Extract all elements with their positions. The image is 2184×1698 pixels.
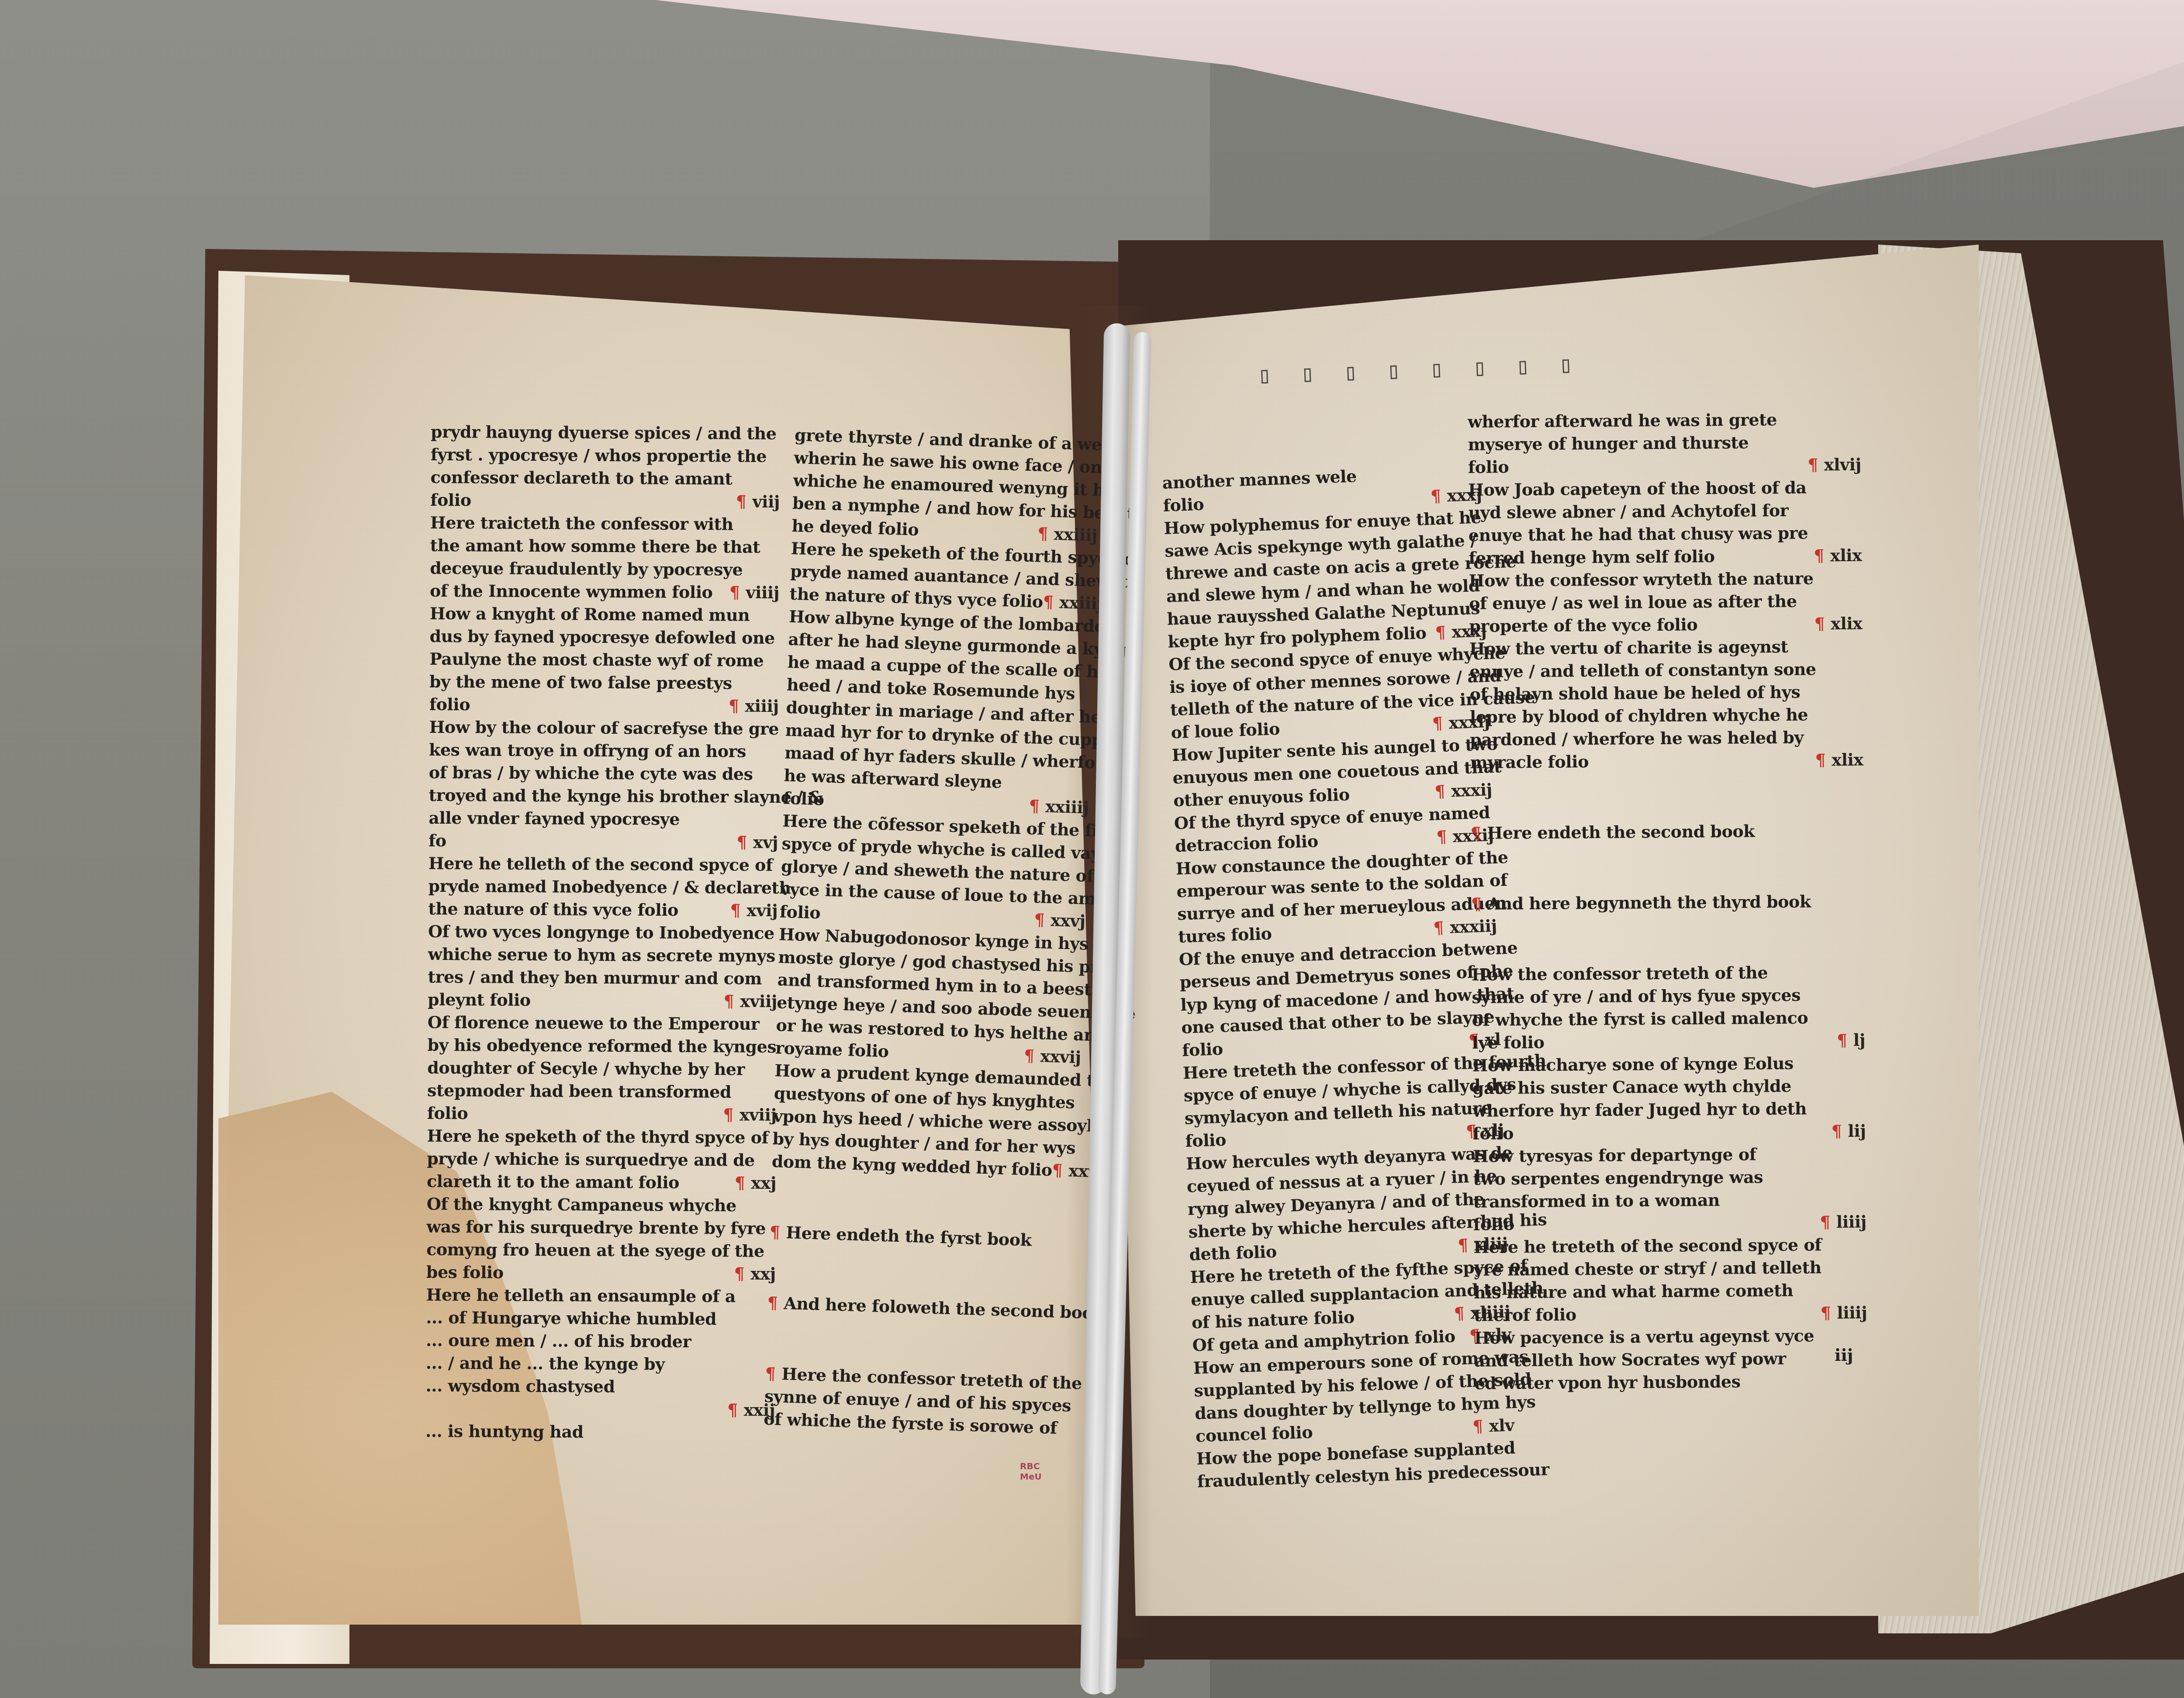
spacer [1471,842,1864,893]
paragraph-mark-icon: ¶ [1820,1212,1830,1232]
toc-entry-line: gate his suster Canace wyth chylde [1472,1074,1866,1100]
paragraph-mark-icon: ¶ [1832,1121,1842,1141]
folio-number: xxiiij [1045,796,1089,817]
book-division-heading: ¶And here begynneth the thyrd book [1471,890,1864,915]
toc-entry: How tyresyas for departynge oftwo serpen… [1473,1142,1866,1236]
folio-label: folio [1468,456,1509,479]
toc-entry-line: two serpentes engendrynge was [1473,1165,1866,1191]
toc-entry-line: uyd slewe abner / and Achytofel for [1468,499,1861,524]
folio-row: folio¶xviij [427,1102,777,1126]
folio-number: xxvj [1051,910,1086,931]
paragraph-mark-icon: ¶ [1436,827,1447,847]
folio-label: clareth it to the amant folio [427,1170,679,1194]
paragraph-mark-icon: ¶ [1433,918,1444,938]
toc-entry-line: lepre by blood of chyldren whyche he [1470,703,1863,728]
toc-entry-line: ... oure men / ... of his broder [426,1329,775,1353]
toc-entry-line: stepmoder had been transformed [427,1079,777,1104]
folio-ref: ¶xxiiij [1037,522,1098,547]
folio-ref: ¶xlv [1472,1414,1514,1438]
paragraph-mark-icon: ¶ [1458,1235,1469,1255]
toc-entry: How pacyence is a vertu ageynst vyceand … [1474,1324,1868,1395]
paragraph-mark-icon: ¶ [767,1293,778,1313]
folio-ref: ¶xlix [1814,544,1862,567]
paragraph-mark-icon: ¶ [734,1264,745,1284]
folio-label: the nature of this vyce folio [428,897,678,921]
toc-entry: Of the knyght Campaneus whychewas for hi… [426,1193,776,1285]
toc-entry: Of the second spyce of enuye whycheis io… [1168,642,1490,744]
toc-entry: ... is huntyng had [425,1420,775,1444]
toc-entry: How an emperours sone of rome wassupplan… [1193,1346,1515,1447]
paragraph-mark-icon: ¶ [730,901,741,920]
toc-entry: wherfor afterward he was in gretemyserye… [1468,408,1861,479]
toc-entry-line: synne of yre / and of hys fyue spyces [1472,984,1865,1009]
folio-ref: ¶xlix [1814,612,1862,635]
page-signature: iij [1835,1345,1853,1365]
toc-entry: How Nabugodonosor kynge in hysmoste glor… [775,923,1085,1069]
folio-ref: ¶xviij [723,990,777,1013]
folio-label: folio [1472,1122,1514,1145]
folio-number: xvj [753,832,778,852]
folio-row: folio¶lij [1472,1120,1866,1145]
folio-ref: ¶liiij [1821,1301,1867,1325]
paragraph-mark-icon: ¶ [729,696,739,716]
library-stamp: RBC MeU [1020,1461,1051,1482]
folio-ref: ¶xiiij [729,695,779,718]
paragraph-mark-icon: ¶ [1029,796,1040,816]
toc-entry-line: How the confessor treteth of the [1472,961,1865,986]
folio-row: ferred henge hym self folio¶xlix [1469,544,1862,569]
paragraph-mark-icon: ¶ [1472,1416,1483,1436]
folio-ref: ¶xxvj [1034,908,1085,933]
toc-entry: How a knyght of Rome named mundus by fay… [429,602,779,718]
folio-label: folio [1473,1213,1514,1236]
toc-entry: Here he treteth of the fyfthe spyce ofen… [1190,1255,1511,1334]
book-division-heading: ¶Here endeth the second book [1471,819,1864,845]
paragraph-mark-icon: ¶ [1430,486,1441,506]
paragraph-mark-icon: ¶ [1023,1046,1034,1066]
toc-entry-line: ed water vpon hyr husbondes [1474,1370,1867,1395]
toc-entry-line: of whyche the fyrst is called malenco [1472,1006,1865,1032]
spacer [765,1314,1072,1372]
toc-entry-line: comyng fro heuen at the syege of the [426,1238,776,1263]
folio-ref: ¶xviij [723,1103,777,1126]
toc-entry-line: fyrst . ypocresye / whos propertie the [431,443,780,468]
folio-ref: ¶viij [736,490,780,514]
folio-row: folio¶liiij [1473,1211,1866,1236]
toc-entry-line: enuye that he had that chusy was pre [1469,521,1862,547]
folio-label: ferred henge hym self folio [1469,545,1714,569]
folio-number: xxiiij [1054,524,1098,545]
paragraph-mark-icon: ¶ [1434,781,1445,801]
folio-number: xviij [740,1105,777,1125]
paragraph-mark-icon: ¶ [1814,614,1825,633]
folio-row: clareth it to the amant folio¶xxj [427,1170,776,1194]
toc-entry-line: confessor declareth to the amant [430,466,780,490]
toc-entry: How polyphemus for enuye that hesawe Aci… [1164,506,1487,653]
folio-row: bes folio¶xxj [426,1261,776,1285]
paragraph-mark-icon: ¶ [1435,622,1446,642]
folio-number: xxvij [1040,1046,1081,1067]
toc-entry-line: pryde named Inobedyence / & declareth [428,875,778,899]
paragraph-mark-icon: ¶ [1471,823,1481,843]
spacer [768,1243,1075,1301]
folio-ref: ¶lij [1832,1120,1866,1143]
folio-label: he deyed folio [791,514,919,541]
folio-number: xvij [746,901,778,920]
toc-entry-line: by the mene of two false preestys [429,670,779,695]
toc-entry-line: troyed and the kynge his brother slayne … [429,784,778,808]
paragraph-mark-icon: ¶ [1837,1030,1847,1050]
folio-ref: ¶xvij [730,899,778,922]
toc-column-3: another mannes welefolio¶xxxjHow polyphe… [1162,461,1516,1493]
toc-entry: How hercules wyth deyanyra was deceyued … [1185,1142,1508,1266]
toc-entry-line: tres / and they ben murmur and com [428,966,777,990]
toc-entry: Here he speketh of the thyrd spyce ofpry… [427,1125,777,1194]
folio-number: liiij [1837,1303,1867,1322]
paragraph-mark-icon: ¶ [735,1173,745,1193]
spacer [1470,771,1864,822]
toc-entry: Here he telleth of the second spyce ofpr… [428,852,778,922]
toc-entry-line: ... of Hungarye whiche humbled [426,1306,775,1331]
paragraph-mark-icon: ¶ [1815,750,1826,770]
toc-entry: Here traicteth the confessor withthe ama… [430,511,780,604]
folio-ref: ¶xxj [735,1172,777,1194]
toc-entry-line: How the vertu of charite is ageynst [1469,635,1863,660]
folio-label: royame folio [775,1036,889,1063]
toc-entry-line: How the confessor wryteth the nature [1469,567,1862,592]
toc-entry-line: Of florence neuewe to the Emperour [428,1011,777,1035]
heading-text: Here endeth the second book [1487,821,1755,842]
toc-entry-line: of bras / by whiche the cyte was des [429,761,778,786]
folio-number: viiij [746,583,779,602]
paragraph-mark-icon: ¶ [1807,455,1818,474]
folio-label: therof folio [1474,1303,1576,1327]
toc-entry-line: Of two vyces longynge to Inobedyence [428,920,778,945]
toc-entry-line: wherfore hyr fader Juged hyr to deth [1472,1097,1866,1122]
toc-entry: Here he telleth an ensaumple of a... of … [425,1284,776,1422]
folio-ref: ¶xlix [1815,749,1863,772]
folio-ref: ¶xvj [736,831,778,854]
folio-number: xxiiij [1059,592,1103,613]
toc-entry: grete thyrste / and dranke of a wellewhe… [791,424,1101,547]
folio-row: the nature of this vyce folio¶xvij [428,897,778,922]
toc-entry-line: his nature and what harme cometh [1474,1279,1867,1304]
folio-ref: ¶xlvij [1807,453,1861,476]
toc-entry-line: Here he treteth of the second spyce of [1473,1233,1866,1259]
paragraph-mark-icon: ¶ [769,1222,780,1242]
paragraph-mark-icon: ¶ [724,991,734,1011]
toc-entry-line: How a knyght of Rome named mun [430,602,779,627]
folio-label: fo [429,829,446,852]
toc-entry-line: whiche serue to hym as secrete mynys [428,943,778,967]
toc-entry-line: the amant how somme there be that [430,534,779,559]
folio-label: folio [429,693,470,716]
toc-entry: How Joab capeteyn of the hoost of dauyd … [1468,476,1862,569]
toc-entry-line: transformed in to a woman [1473,1188,1866,1213]
folio-label: folio [779,900,821,924]
folio-ref: ¶xxvij [1023,1044,1081,1069]
folio-number: liiij [1836,1212,1866,1232]
toc-entry-line: of enuye / as wel in loue as after the [1469,590,1862,615]
folio-label: folio [427,1102,468,1125]
folio-number: viij [752,492,780,511]
paragraph-mark-icon: ¶ [1432,713,1443,733]
paragraph-mark-icon: ¶ [729,583,740,602]
folio-label: of loue folio [1171,718,1280,744]
paragraph-mark-icon: ¶ [765,1363,776,1384]
spacer [1471,913,1865,963]
toc-entry: Here the cõfessor speketh of the fifthes… [779,810,1089,933]
toc-entry-line: kes wan troye in offryng of an hors [429,739,778,763]
toc-entry: How albyne kynge of the lombardesafter h… [783,605,1095,819]
toc-entry: How the vertu of charite is ageynstenuye… [1469,635,1863,774]
folio-number: xlix [1831,614,1863,634]
toc-entry-line: pryde / whiche is surquedrye and de [427,1147,776,1172]
spacer [770,1173,1077,1230]
paragraph-mark-icon: ¶ [1037,524,1048,544]
toc-entry-line: was for his surquedrye brente by fyre [426,1215,776,1240]
folio-row: folio¶viij [430,489,780,513]
toc-entry-line: Here he speketh of the thyrd spyce of [427,1125,776,1149]
folio-row: fo¶xvj [429,829,778,854]
folio-label: folio [1185,1129,1227,1153]
toc-entry-line: myserye of hunger and thurste [1468,431,1861,456]
folio-number: lij [1848,1121,1866,1141]
folio-label: folio [1163,493,1204,517]
folio-label: deth folio [1189,1240,1277,1266]
folio-number: lj [1853,1030,1866,1050]
toc-entry-line: How by the colour of sacrefyse the gre [429,716,778,740]
toc-entry-line: deceyue fraudulently by ypocresye [430,557,779,581]
heading-text: And here begynneth the thyrd book [1487,892,1811,914]
folio-label: lye folio [1472,1031,1545,1054]
folio-label: myracle folio [1470,750,1589,774]
folio-label: properte of the vyce folio [1469,613,1697,638]
folio-label: councel folio [1195,1421,1313,1447]
toc-entry: How by the colour of sacrefyse the greke… [429,716,779,854]
folio-label: of the Innocente wymmen folio [430,580,713,604]
toc-entry-line: and telleth how Socrates wyf powr [1474,1347,1867,1372]
paragraph-mark-icon: ¶ [1814,545,1824,565]
folio-label: tures folio [1178,922,1272,948]
toc-entry: Of the enuye and detraccion betweneperse… [1178,937,1501,1062]
toc-entry: Of two vyces longynge to Inobedyencewhic… [428,920,778,1013]
folio-number: xlix [1830,545,1862,566]
toc-entry-line: How tyresyas for departynge of [1473,1142,1866,1168]
folio-ref: ¶viiij [729,581,780,604]
folio-number: xlix [1832,750,1863,770]
folio-row: pleynt folio¶xviij [428,988,777,1013]
paragraph-mark-icon: ¶ [723,1104,733,1124]
toc-column-4: wherfor afterward he was in gretemyserye… [1468,408,1868,1395]
toc-entry: Here he speketh of the fourth spyce ofpr… [789,537,1097,615]
folio-row: therof folio¶liiij [1474,1301,1867,1327]
toc-column-2: grete thyrste / and dranke of a wellewhe… [764,424,1101,1440]
toc-entry-line: of helayn shold haue be heled of hys [1469,680,1863,706]
toc-entry-line: prydr hauyng dyuerse spices / and the [431,421,780,445]
folio-ref: ¶xxiiij [1043,590,1103,615]
folio-label: folio [430,489,471,511]
paragraph-mark-icon: ¶ [736,832,747,852]
folio-label: bes folio [426,1261,504,1284]
toc-entry-line: doughter of Secyle / whyche by her [427,1056,777,1081]
toc-entry: How macharye sone of kynge Eolusgate his… [1472,1052,1866,1145]
folio-label: folio [783,787,824,811]
folio-row: properte of the vyce folio¶xlix [1469,612,1862,638]
folio-row: folio¶xlvij [1468,453,1861,479]
folio-row: of the Innocente wymmen folio¶viiij [430,580,779,604]
folio-ref: ¶xxiiij [1029,794,1089,819]
toc-entry-line: Of the knyght Campaneus whyche [427,1193,776,1217]
folio-row: lye folio¶lj [1472,1029,1865,1054]
toc-entry-line: Paulyne the most chaste wyf of rome [429,648,779,672]
toc-entry-line: Here he telleth of the second spyce of [429,852,778,877]
toc-entry: How Jupiter sente his aungel to twoenuyo… [1171,733,1493,812]
toc-entry: prydr hauyng dyuerse spices / and thefyr… [430,421,780,513]
toc-entry-line: enuye / and telleth of constantyn sone [1469,658,1863,683]
toc-entry-line: How macharye sone of kynge Eolus [1472,1052,1865,1077]
folio-row: folio¶xiiij [429,693,779,718]
folio-number: xlvij [1824,455,1861,475]
toc-entry-line: pardoned / wherfore he was heled by [1470,726,1863,751]
toc-entry-line: dus by fayned ypocresye defowled one [429,625,779,649]
toc-entry-line: ... wysdom chastysed [425,1374,775,1399]
folio-label: pleynt folio [428,988,531,1011]
toc-entry-line: Here traicteth the confessor with [430,511,780,536]
toc-entry-line: How Joab capeteyn of the hoost of da [1468,476,1861,501]
paragraph-mark-icon: ¶ [1043,592,1054,612]
paragraph-mark-icon: ¶ [1454,1303,1465,1323]
toc-entry: How the confessor wryteth the natureof e… [1469,567,1863,638]
folio-ref: ¶lj [1837,1029,1865,1052]
toc-entry-line: alle vnder fayned ypocresye [429,807,778,831]
toc-entry: How the confessor treteth of thesynne of… [1472,961,1865,1054]
folio-number: xlv [1489,1415,1514,1436]
paragraph-mark-icon: ¶ [727,1400,738,1420]
stamp-line-2: MeU [1020,1471,1051,1482]
paragraph-mark-icon: ¶ [1821,1303,1831,1322]
toc-entry: How a prudent kynge demaunded threquesty… [771,1059,1081,1182]
toc-entry-line: by his obedyence reformed the kynges [428,1034,777,1058]
folio-row: ¶xxij [425,1397,775,1422]
toc-entry-line: ... / and he ... the kynge by [426,1352,775,1376]
toc-entry: How constaunce the doughter of theempero… [1175,846,1497,948]
paragraph-mark-icon: ¶ [1052,1160,1063,1180]
toc-entry: Here treteth the confessor of the fourth… [1182,1051,1504,1153]
paragraph-mark-icon: ¶ [736,492,746,511]
toc-entry-line: wherfor afterward he was in grete [1468,408,1861,433]
toc-entry: Of florence neuewe to the Emperourby his… [427,1011,777,1126]
folio-ref: ¶liiij [1820,1211,1866,1234]
folio-row: myracle folio¶xlix [1470,749,1863,774]
folio-number: xviij [740,991,777,1011]
toc-column-1: prydr hauyng dyuerse spices / and thefyr… [425,421,780,1444]
paragraph-mark-icon: ¶ [1034,910,1045,930]
toc-entry: Here he treteth of the second spyce ofyr… [1473,1233,1867,1327]
paragraph-mark-icon: ¶ [1471,894,1482,914]
toc-entry-line: yre named cheste or stryf / and telleth [1474,1256,1867,1281]
folio-number: xiiij [745,696,778,716]
stamp-line-1: RBC [1020,1461,1051,1471]
folio-label: folio [1182,1038,1223,1062]
toc-entry-line: ... is huntyng had [425,1420,775,1444]
toc-entry-line: How pacyence is a vertu ageynst vyce [1474,1324,1867,1349]
toc-entry-line: Here he telleth an ensaumple of a [426,1284,776,1308]
